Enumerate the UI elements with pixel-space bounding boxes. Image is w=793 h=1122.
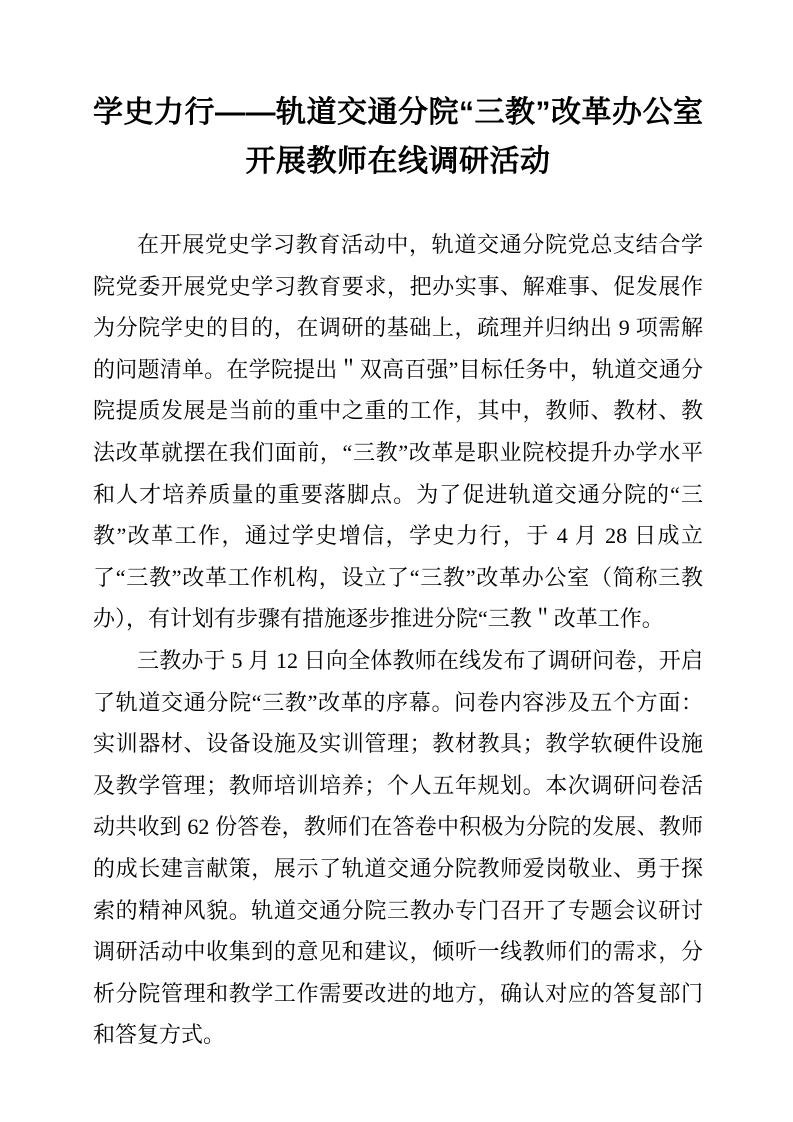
title-line-1: 学史力行——轨道交通分院“三教”改革办公室 <box>93 88 703 137</box>
paragraph: 在开展党史学习教育活动中，轨道交通分院党总支结合学院党委开展党史学习教育要求，把… <box>93 224 703 640</box>
document-title: 学史力行——轨道交通分院“三教”改革办公室 开展教师在线调研活动 <box>93 88 703 186</box>
title-line-2: 开展教师在线调研活动 <box>93 137 703 186</box>
paragraph: 三教办于 5 月 12 日向全体教师在线发布了调研问卷，开启了轨道交通分院“三教… <box>93 640 703 1056</box>
document-page: 学史力行——轨道交通分院“三教”改革办公室 开展教师在线调研活动 在开展党史学习… <box>0 0 793 1122</box>
document-body: 在开展党史学习教育活动中，轨道交通分院党总支结合学院党委开展党史学习教育要求，把… <box>93 224 703 1056</box>
